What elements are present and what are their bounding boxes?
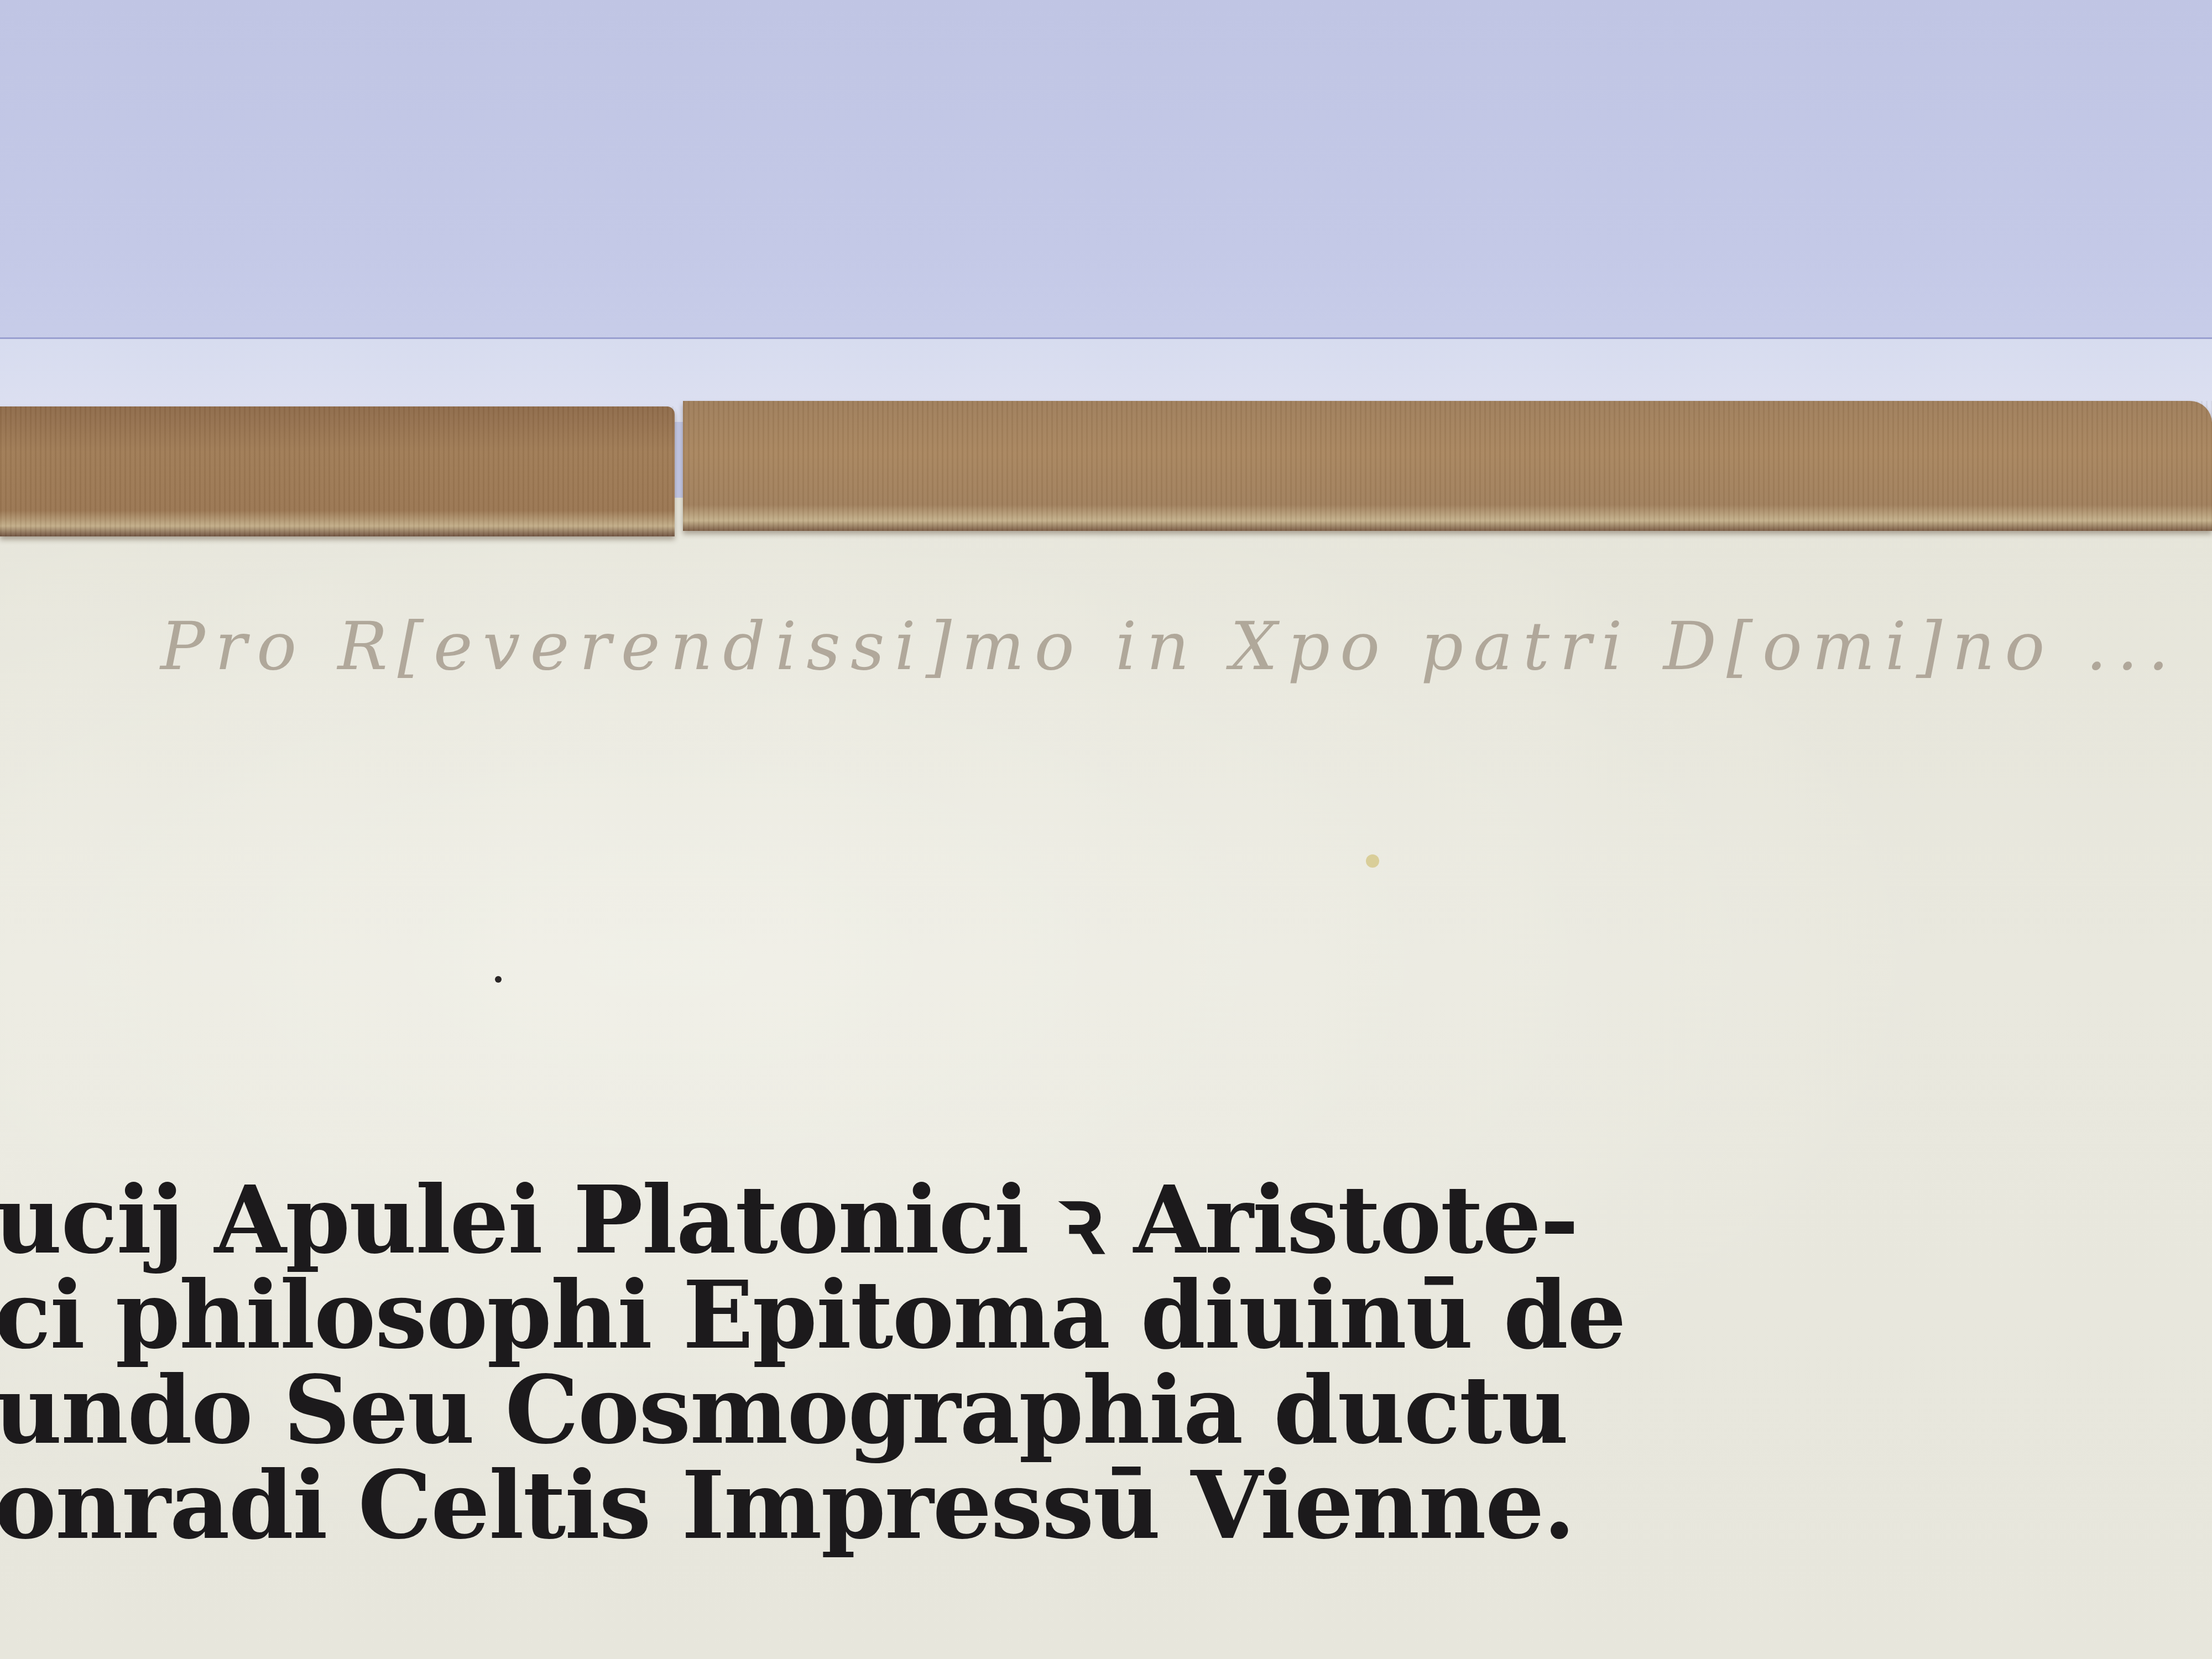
binding-board-left bbox=[0, 406, 675, 536]
wood-grain bbox=[0, 406, 675, 536]
ink-dot bbox=[495, 976, 502, 983]
paper-stain bbox=[1366, 854, 1379, 868]
handwritten-inscription: Pro R[everendissi]mo in Xpo patri D[omi]… bbox=[160, 608, 2151, 752]
binding-board-right bbox=[683, 401, 2212, 531]
title-line-4: onradi Celtis Impressū Vienne. bbox=[0, 1458, 1311, 1553]
title-line-2: ci philosophi Epitoma diuinū de bbox=[0, 1267, 1311, 1363]
title-line-1: ucij Apulei Platonici ꝛ Aristote- bbox=[0, 1172, 1311, 1267]
title-line-3: undo Seu Cosmographia ductu bbox=[0, 1363, 1311, 1458]
printed-title: ucij Apulei Platonici ꝛ Aristote- ci phi… bbox=[0, 1172, 1311, 1553]
wood-grain bbox=[683, 401, 2212, 531]
background-surface bbox=[0, 0, 2212, 354]
